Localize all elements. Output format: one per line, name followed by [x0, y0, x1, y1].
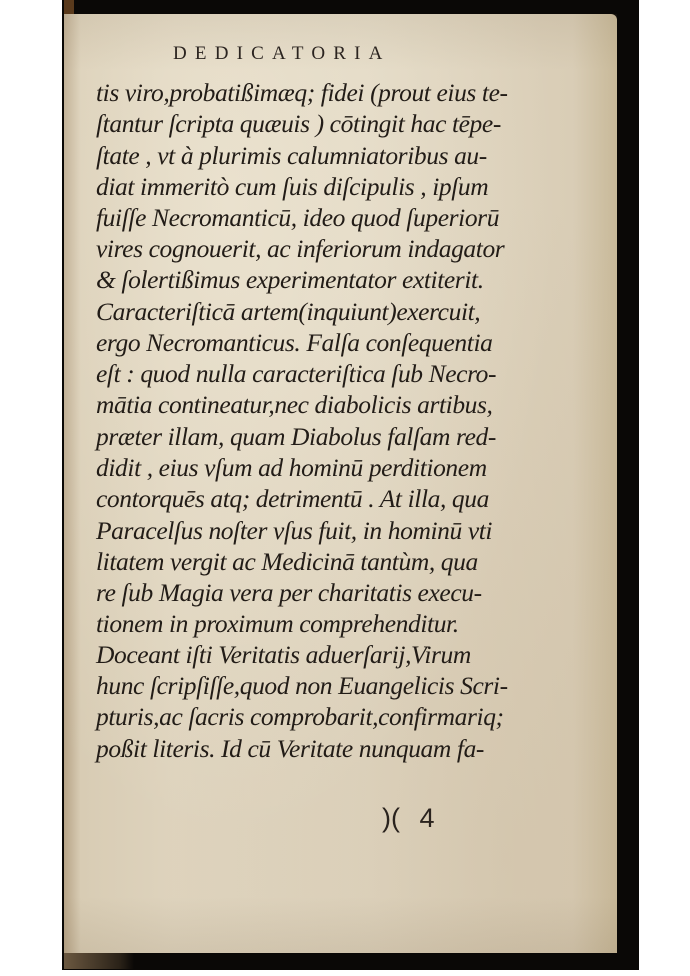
text-line: ergo Necromanticus. Falſa conſequentia: [96, 328, 493, 358]
text-line: ſtate , vt à plurimis calumniatoribus au…: [96, 141, 487, 171]
text-line: litatem vergit ac Medicinā tantùm, qua: [96, 547, 478, 577]
text-line: fuiſſe Necromanticū, ideo quod ſuperiorū: [96, 203, 499, 233]
text-line: didit , eius vſum ad hominū perditionem: [96, 453, 487, 483]
text-line: re ſub Magia vera per charitatis execu-: [96, 578, 482, 608]
text-line: diat immeritò cum ſuis diſcipulis , ipſu…: [96, 172, 488, 202]
text-line: præter illam, quam Diabolus falſam red-: [96, 422, 496, 452]
text-line: & ſolertißimus experimentator extiterit.: [96, 265, 484, 295]
text-line: contorquēs atq; detrimentū . At illa, qu…: [96, 484, 489, 514]
text-line: tionem in proximum comprehenditur.: [96, 609, 459, 639]
text-line: Doceant iſti Veritatis aduerſarij,Virum: [96, 640, 471, 670]
page-bottom-edge: [64, 953, 134, 969]
running-head: DEDICATORIA: [173, 43, 391, 65]
signature-mark: )( 4: [382, 803, 435, 834]
text-line: ſtantur ſcripta quæuis ) cōtingit hac tē…: [96, 109, 501, 139]
binding-edge: [64, 0, 74, 14]
text-line: eſt : quod nulla caracteriſtica ſub Necr…: [96, 359, 496, 389]
text-line: hunc ſcripſiſſe,quod non Euangelicis Scr…: [96, 671, 508, 701]
text-line: mātia contineatur,nec diabolicis artibus…: [96, 390, 493, 420]
text-line: vires cognouerit, ac inferiorum indagato…: [96, 234, 504, 264]
text-line: tis viro,probatißimæq; fidei (prout eius…: [96, 78, 508, 108]
text-line: poßit literis. Id cū Veritate nunquam fa…: [96, 734, 484, 764]
text-line: Caracteriſticā artem(inquiunt)exercuit,: [96, 297, 480, 327]
text-line: pturis,ac ſacris comprobarit,confirmariq…: [96, 702, 504, 732]
text-line: Paracelſus noſter vſus fuit, in hominū v…: [96, 516, 492, 546]
